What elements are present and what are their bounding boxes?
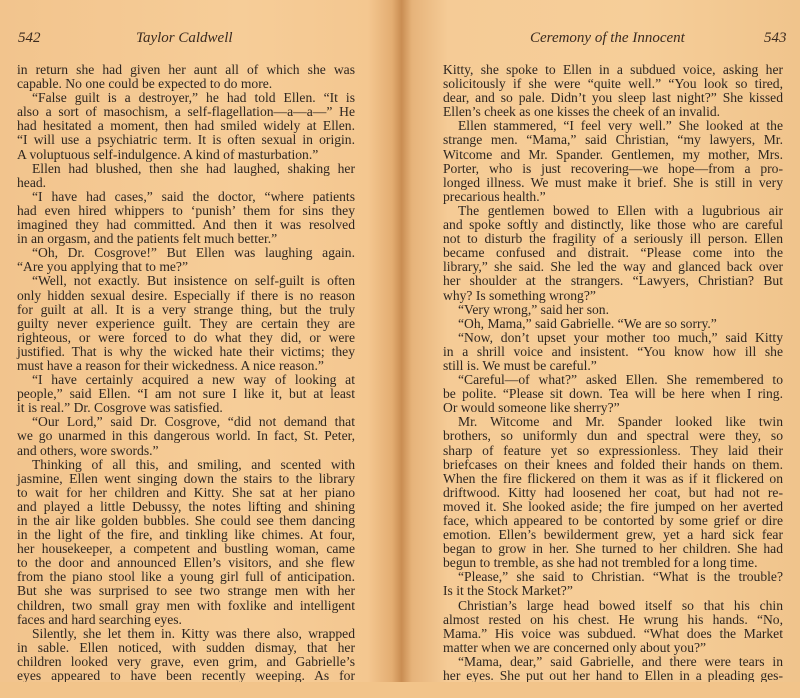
text-line: in a shrill voice and insistent. “You kn… xyxy=(443,345,783,359)
text-line: face, which appeared to be contorted by … xyxy=(443,514,783,528)
text-line: must have a reason for their wickedness.… xyxy=(17,359,355,373)
text-line: matter when we are concerned only about … xyxy=(443,641,783,655)
text-line: “Our Lord,” said Dr. Cosgrove, “did not … xyxy=(17,415,355,429)
text-line: Ellen stammered, “I feel very well.” She… xyxy=(443,119,783,133)
book-spread: 542 Taylor Caldwell in return she had gi… xyxy=(0,0,800,698)
text-line: longed illness. We must make it brief. S… xyxy=(443,176,783,190)
text-line: “Well, not exactly. But insistence on se… xyxy=(17,274,355,288)
text-line: A voluptuous self-indulgence. A kind of … xyxy=(17,148,355,162)
text-line: children, two small gray men with foxlik… xyxy=(17,599,355,613)
text-line: Silently, she let them in. Kitty was the… xyxy=(17,627,355,641)
right-page: Ceremony of the Innocent 543 Kitty, she … xyxy=(402,0,800,690)
text-line: her eyes. She put out her hand to Ellen … xyxy=(443,669,783,683)
text-line: her housekeeper, a competent and bustlin… xyxy=(17,542,355,556)
text-line: Kitty, she spoke to Ellen in a subdued v… xyxy=(443,63,783,77)
text-line: Mr. Witcome and Mr. Spander looked like … xyxy=(443,415,783,429)
text-line: Mama.” His voice was subdued. “What does… xyxy=(443,627,783,641)
text-line: eyes appeared to have been recently weep… xyxy=(17,669,355,683)
text-line: Witcome and Mr. Spander. Gentlemen, my m… xyxy=(443,148,783,162)
text-line: and spoke softly and distinctly, like th… xyxy=(443,218,783,232)
text-line: But she was surprised to see two strange… xyxy=(17,584,355,598)
text-line: begun to tremble, as she had not tremble… xyxy=(443,556,783,570)
text-line: Porter, who is just recovering—we hope—f… xyxy=(443,162,783,176)
text-line: “Are you applying that to me?” xyxy=(17,260,355,274)
text-line: solicitously if she were “quite well.” “… xyxy=(443,77,783,91)
text-line: only hidden sexual desire. Especially if… xyxy=(17,289,355,303)
text-line: also a sort of masochism, a self-flagell… xyxy=(17,105,355,119)
text-line: Is it the Stock Market?” xyxy=(443,584,783,598)
text-line: “I have had cases,” said the doctor, “wh… xyxy=(17,190,355,204)
text-line: sharp of feature yet so expressionless. … xyxy=(443,444,783,458)
text-line: “Careful—of what?” asked Ellen. She reme… xyxy=(443,373,783,387)
text-line: had even hired whippers to ‘punish’ them… xyxy=(17,204,355,218)
text-line: library,” she said. She led the way and … xyxy=(443,260,783,274)
text-line: why? Is something wrong?” xyxy=(443,289,783,303)
text-line: Christian’s large head bowed itself so t… xyxy=(443,599,783,613)
text-line: in the air like golden bubbles. She coul… xyxy=(17,514,355,528)
text-line: “Now, don’t upset your mother too much,”… xyxy=(443,331,783,345)
text-line: dear, and so pale. Didn’t you sleep last… xyxy=(443,91,783,105)
page-bottom-edge xyxy=(0,682,800,698)
text-line: brothers, so uniformly dun and spectral … xyxy=(443,429,783,443)
page-number-right: 543 xyxy=(764,30,787,50)
text-line: became confused and distrait. “Please co… xyxy=(443,246,783,260)
text-line: righteous, or were forced to do what the… xyxy=(17,331,355,345)
text-line: head. xyxy=(17,176,355,190)
running-head-author: Taylor Caldwell xyxy=(136,30,233,50)
text-line: When the fire flickered on them it was a… xyxy=(443,472,783,486)
running-head-title: Ceremony of the Innocent xyxy=(530,30,685,50)
text-line: driftwood. Kitty had loosened her coat, … xyxy=(443,486,783,500)
left-page: 542 Taylor Caldwell in return she had gi… xyxy=(0,0,398,690)
text-line: it is real.” Dr. Cosgrove was satisfied. xyxy=(17,401,355,415)
text-line: Or would someone like sherry?” xyxy=(443,401,783,415)
text-line: “I have certainly acquired a new way of … xyxy=(17,373,355,387)
text-line: strange men. “Mama,” said Christian, “my… xyxy=(443,133,783,147)
text-line: in return she had given her aunt all of … xyxy=(17,63,355,77)
text-line: from the piano stool like a young girl f… xyxy=(17,570,355,584)
text-line: in an orgasm, and the patients felt much… xyxy=(17,232,355,246)
text-line: her shoulder at the strangers. “Lawyers,… xyxy=(443,274,783,288)
text-line: children looked very grave, even grim, a… xyxy=(17,655,355,669)
text-line: jasmine, Ellen went singing down the sta… xyxy=(17,472,355,486)
text-line: “Oh, Mama,” said Gabrielle. “We are so s… xyxy=(443,317,783,331)
text-line: capable. No one could be expected to do … xyxy=(17,77,355,91)
text-line: guilty never experience guilt. They are … xyxy=(17,317,355,331)
text-line: Ellen had blushed, then she had laughed,… xyxy=(17,162,355,176)
text-line: still is. We must be careful.” xyxy=(443,359,783,373)
text-line: Ellen’s cheek as one kisses the cheek of… xyxy=(443,105,783,119)
text-line: “Oh, Dr. Cosgrove!” But Ellen was laughi… xyxy=(17,246,355,260)
text-line: and played a little Debussy, the notes l… xyxy=(17,500,355,514)
text-line: faces and hard searching eyes. xyxy=(17,613,355,627)
text-line: Thinking of all this, and smiling, and s… xyxy=(17,458,355,472)
text-line: for guilt at all. It is a very strange t… xyxy=(17,303,355,317)
text-line: in sable. Ellen noticed, with sudden dis… xyxy=(17,641,355,655)
text-line: almost rested on his chest. He wrung his… xyxy=(443,613,783,627)
left-page-body-text: in return she had given her aunt all of … xyxy=(17,63,355,683)
text-line: “False guilt is a destroyer,” he had tol… xyxy=(17,91,355,105)
text-line: be polite. “Please sit down. Tea will be… xyxy=(443,387,783,401)
text-line: justified. That is why the wicked hate t… xyxy=(17,345,355,359)
text-line: people,” said Ellen. “I am not sure I li… xyxy=(17,387,355,401)
text-line: moved it. She looked aside; the fire jum… xyxy=(443,500,783,514)
text-line: not to disturb the fragility of a seriou… xyxy=(443,232,783,246)
text-line: emotion. Ellen’s bewilderment grew, yet … xyxy=(443,528,783,542)
text-line: had hesitated a moment, then had smiled … xyxy=(17,119,355,133)
text-line: “Very wrong,” said her son. xyxy=(443,303,783,317)
right-page-body-text: Kitty, she spoke to Ellen in a subdued v… xyxy=(443,63,783,683)
text-line: began to grow in her. She turned to her … xyxy=(443,542,783,556)
text-line: The gentlemen bowed to Ellen with a lugu… xyxy=(443,204,783,218)
text-line: imagined they had committed. And then it… xyxy=(17,218,355,232)
text-line: precarious health.” xyxy=(443,190,783,204)
page-number-left: 542 xyxy=(18,30,41,50)
text-line: briefcases on their knees and folded the… xyxy=(443,458,783,472)
text-line: in the light of the fire, and tinkling l… xyxy=(17,528,355,542)
text-line: and others, wore swords.” xyxy=(17,444,355,458)
text-line: we go unarmed in this dangerous world. I… xyxy=(17,429,355,443)
text-line: to the door and announced Ellen’s visito… xyxy=(17,556,355,570)
text-line: “I will use a psychiatric term. It is of… xyxy=(17,133,355,147)
text-line: to wait for her children and Kitty. She … xyxy=(17,486,355,500)
text-line: “Please,” she said to Christian. “What i… xyxy=(443,570,783,584)
text-line: “Mama, dear,” said Gabrielle, and there … xyxy=(443,655,783,669)
